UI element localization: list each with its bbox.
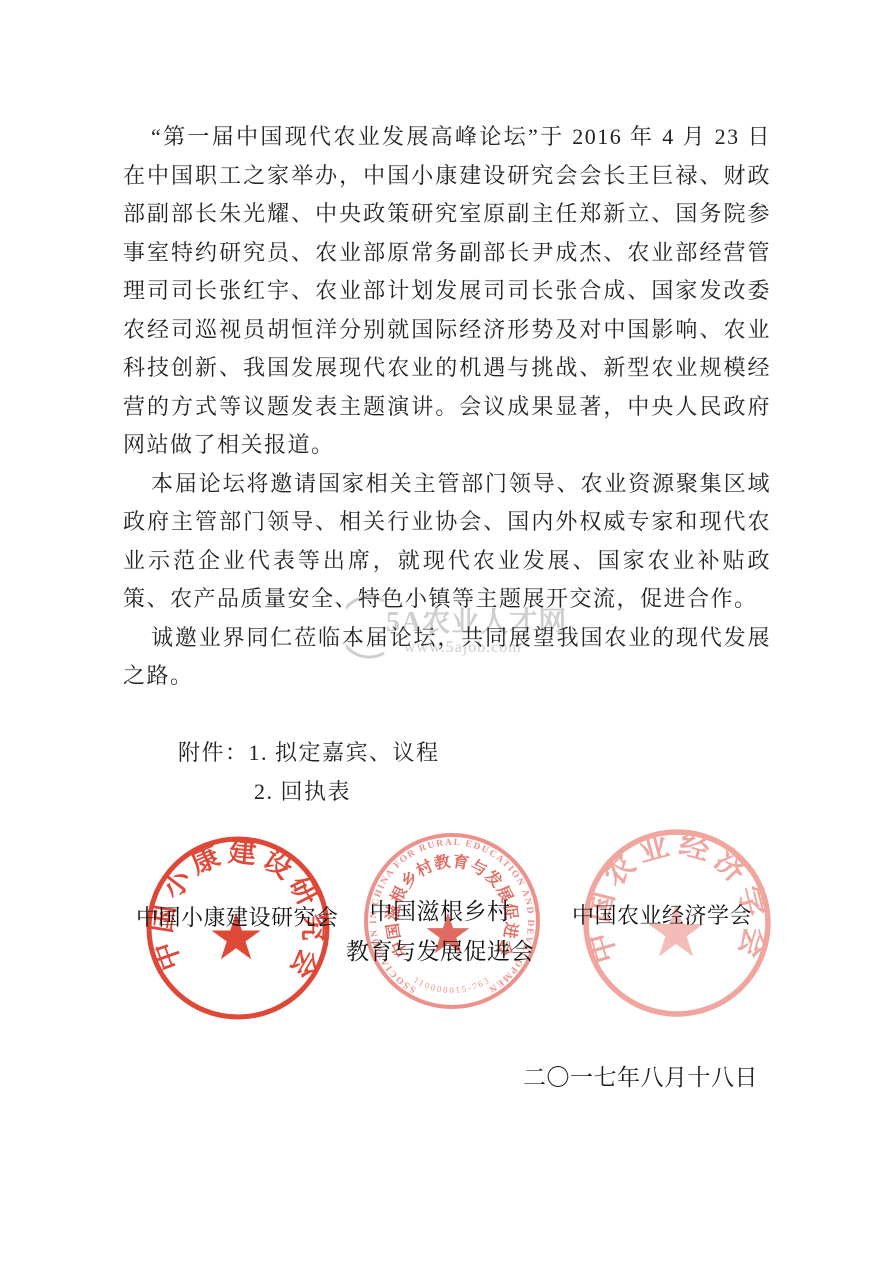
document-date: 二〇一七年八月十八日 (523, 1059, 758, 1092)
signatory-line-1: 中国滋根乡村 (340, 892, 540, 932)
attachments-label: 附件： (178, 740, 249, 765)
page: 5A农业人才网 www.5ajob.com “第一届中国现代农业发展高峰论坛”于… (0, 0, 892, 1261)
signatory-agricultural-economics: 中国农业经济学会 (572, 899, 752, 930)
attachment-item-2: 2. 回执表 (178, 773, 771, 812)
attachments-line-1: 附件：1. 拟定嘉宾、议程 (178, 734, 771, 773)
seal-serial-number: 110000015-763 (412, 975, 492, 995)
attachments-block: 附件：1. 拟定嘉宾、议程 2. 回执表 (123, 734, 771, 811)
attachment-item-1: 1. 拟定嘉宾、议程 (249, 740, 440, 765)
signatory-zigen-association: 中国滋根乡村 教育与发展促进会 (340, 892, 540, 972)
letter-body: “第一届中国现代农业发展高峰论坛”于 2016 年 4 月 23 日在中国职工之… (123, 118, 771, 811)
paragraph-3: 诚邀业界同仁莅临本届论坛，共同展望我国农业的现代发展之路。 (123, 619, 771, 696)
paragraph-2: 本届论坛将邀请国家相关主管部门领导、农业资源聚集区域政府主管部门领导、相关行业协… (123, 465, 771, 619)
paragraph-1: “第一届中国现代农业发展高峰论坛”于 2016 年 4 月 23 日在中国职工之… (123, 118, 771, 465)
signatory-line-2: 教育与发展促进会 (340, 932, 540, 972)
signatory-xiaokang-research: 中国小康建设研究会 (136, 901, 339, 932)
